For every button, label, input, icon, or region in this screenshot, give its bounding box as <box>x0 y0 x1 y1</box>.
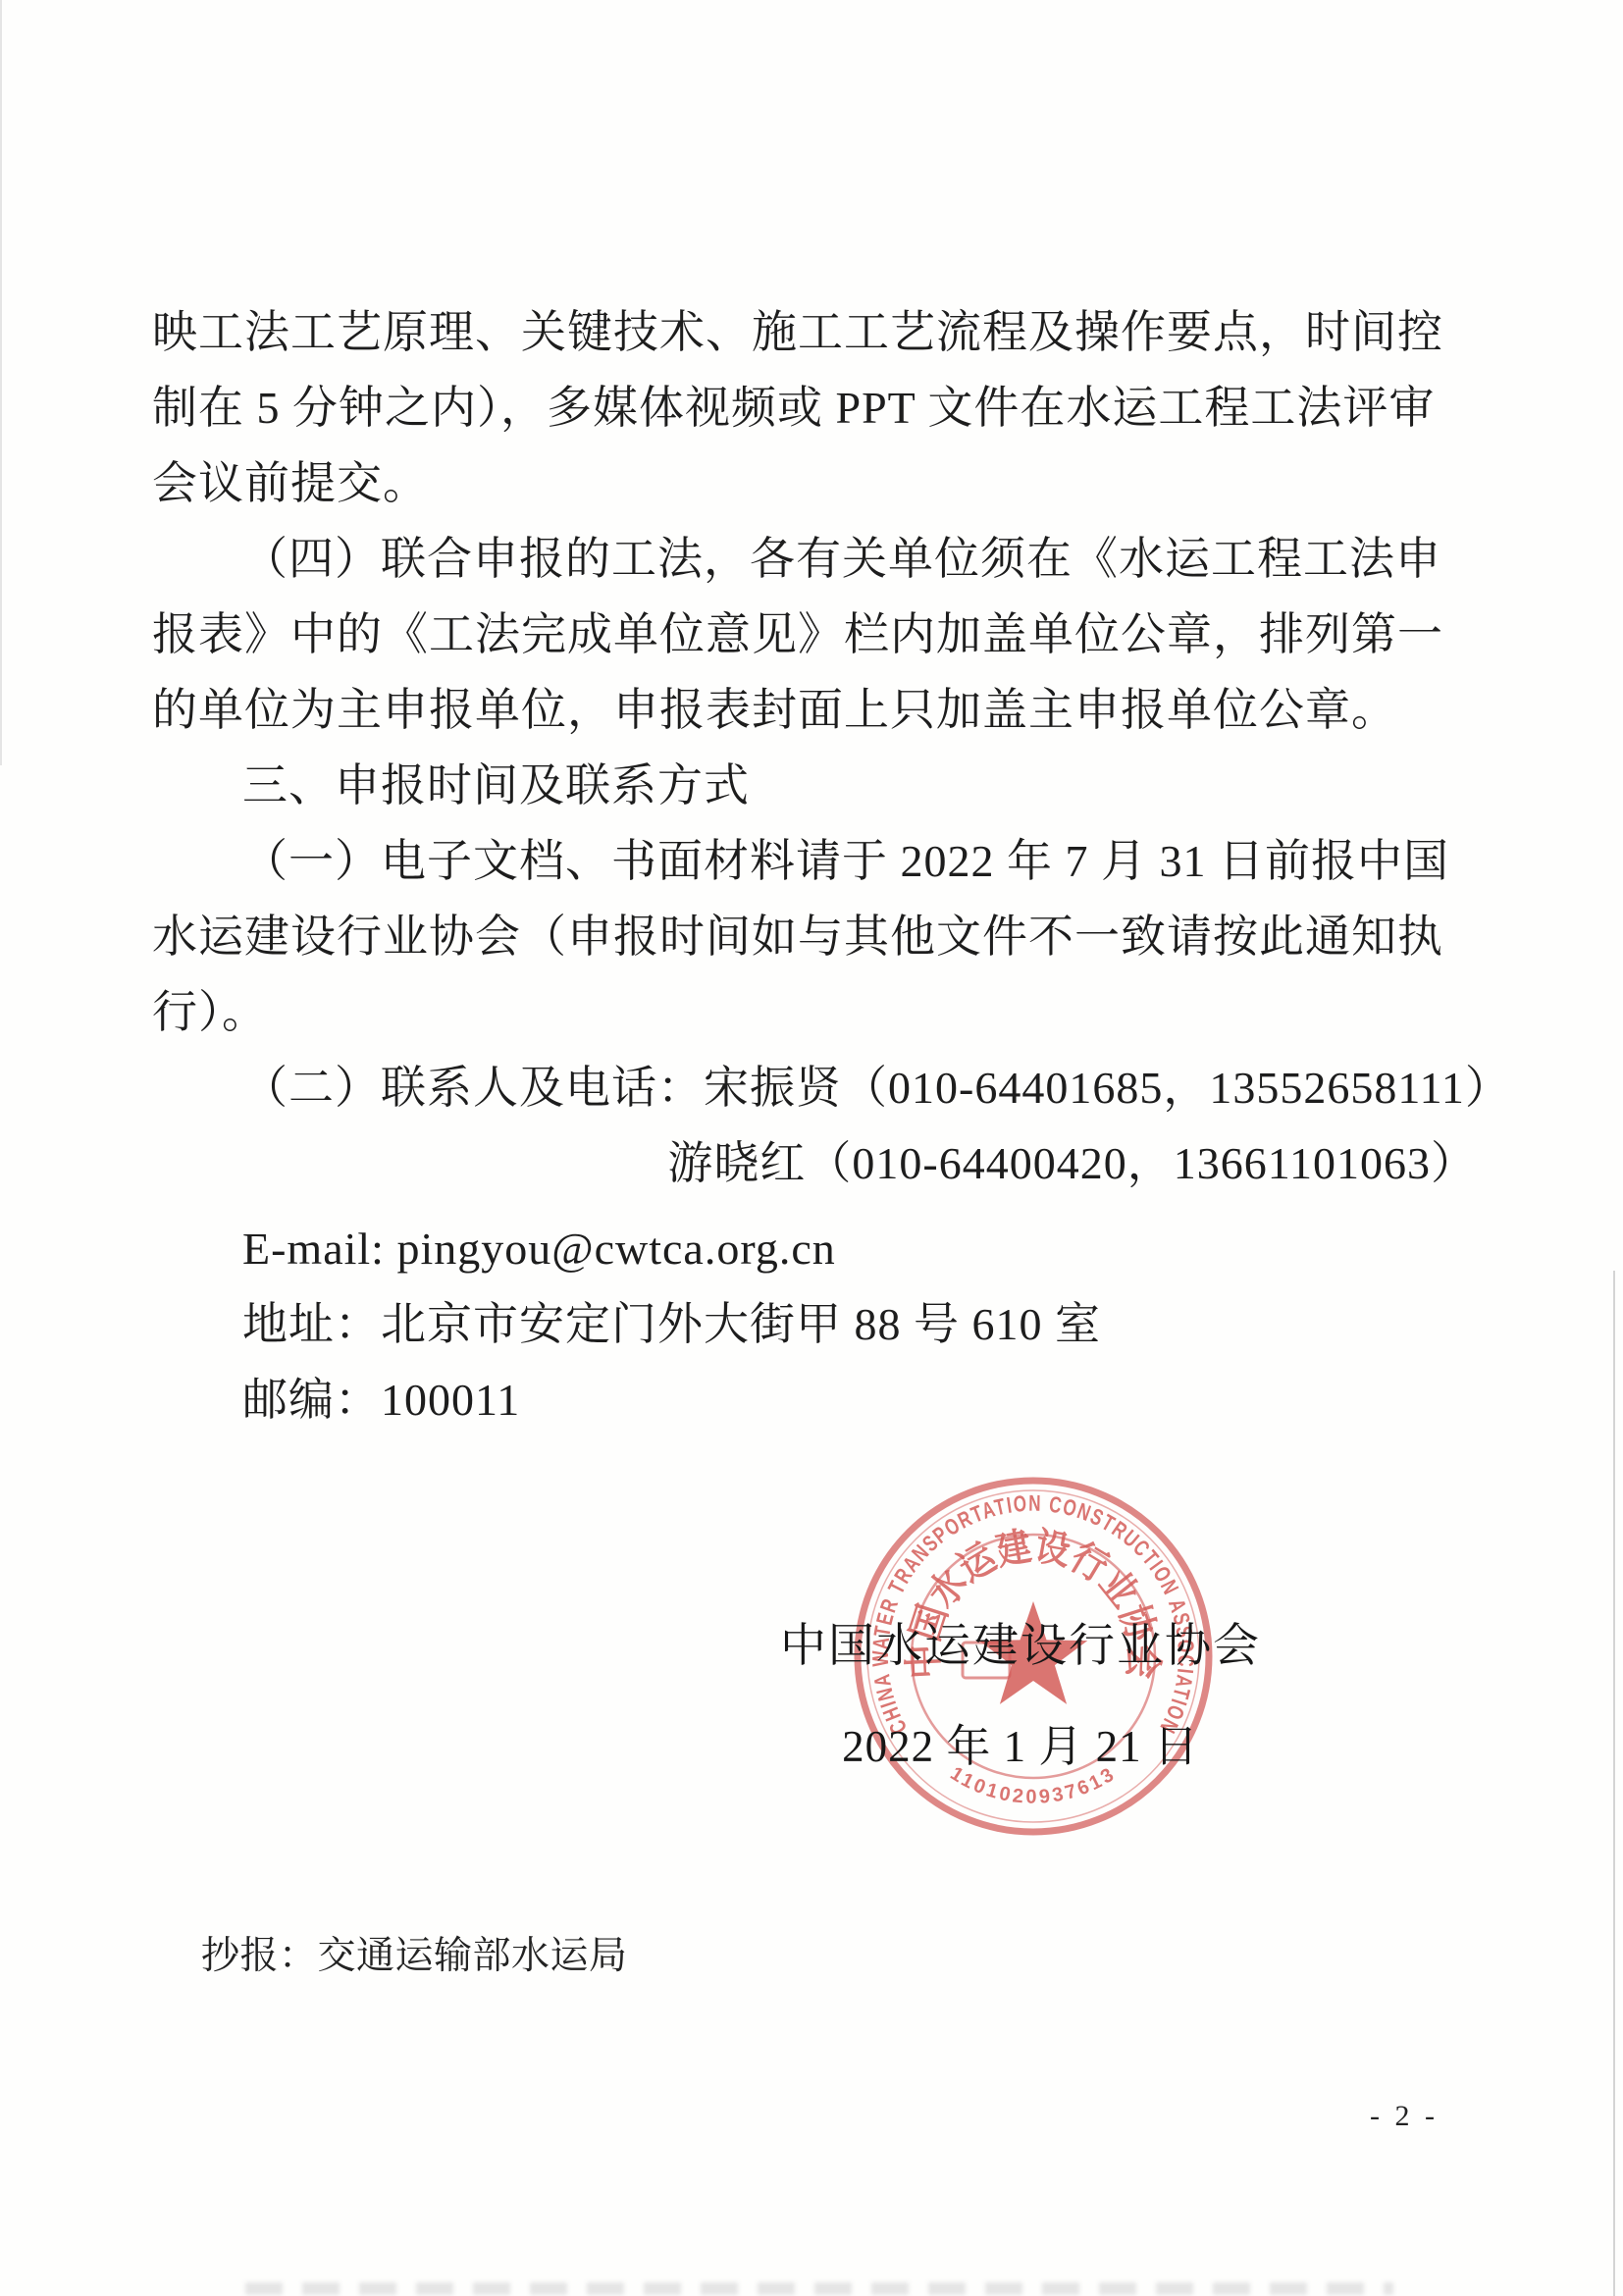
text-line: （四）联合申报的工法，各有关单位须在《水运工程工法申 <box>152 521 1477 597</box>
org-name: 中国水运建设行业协会 <box>677 1609 1364 1675</box>
address-line: 地址：北京市安定门外大街甲 88 号 610 室 <box>152 1286 1477 1362</box>
postcode-line: 邮编：100011 <box>152 1362 1477 1437</box>
text-line: 行）。 <box>152 974 1477 1050</box>
signature-date: 2022 年 1 月 21 日 <box>677 1710 1364 1774</box>
text-line: 制在 5 分钟之内），多媒体视频或 PPT 文件在水运工程工法评审 <box>152 370 1477 445</box>
scan-edge-line-right <box>1613 1271 1615 2296</box>
text-line: 报表》中的《工法完成单位意见》栏内加盖单位公章，排列第一 <box>152 597 1477 672</box>
body-text: 映工法工艺原理、关键技术、施工工艺流程及操作要点，时间控 制在 5 分钟之内），… <box>152 294 1477 1437</box>
bleed-through-strip <box>245 2282 1393 2295</box>
text-line: 会议前提交。 <box>152 445 1477 521</box>
signature-block: 中国水运建设行业协会 2022 年 1 月 21 日 <box>677 1609 1364 1774</box>
contact-phone-line: 游晓红（010-64400420，13661101063） <box>152 1125 1477 1201</box>
contact-phone-line: （二）联系人及电话：宋振贤（010-64401685，13552658111） <box>152 1050 1477 1125</box>
email-line: E-mail: pingyou@cwtca.org.cn <box>152 1211 1477 1286</box>
section-heading: 三、申报时间及联系方式 <box>152 748 1477 823</box>
page: 映工法工艺原理、关键技术、施工工艺流程及操作要点，时间控 制在 5 分钟之内），… <box>0 0 1623 2296</box>
text-line: 水运建设行业协会（申报时间如与其他文件不一致请按此通知执 <box>152 899 1477 974</box>
scan-edge-line-left <box>0 0 2 765</box>
text-line: 的单位为主申报单位，申报表封面上只加盖主申报单位公章。 <box>152 672 1477 748</box>
page-number: - 2 - <box>1370 2100 1439 2133</box>
cc-line: 抄报：交通运输部水运局 <box>201 1925 628 1980</box>
text-line: 映工法工艺原理、关键技术、施工工艺流程及操作要点，时间控 <box>152 294 1477 370</box>
text-line: （一）电子文档、书面材料请于 2022 年 7 月 31 日前报中国 <box>152 823 1477 899</box>
